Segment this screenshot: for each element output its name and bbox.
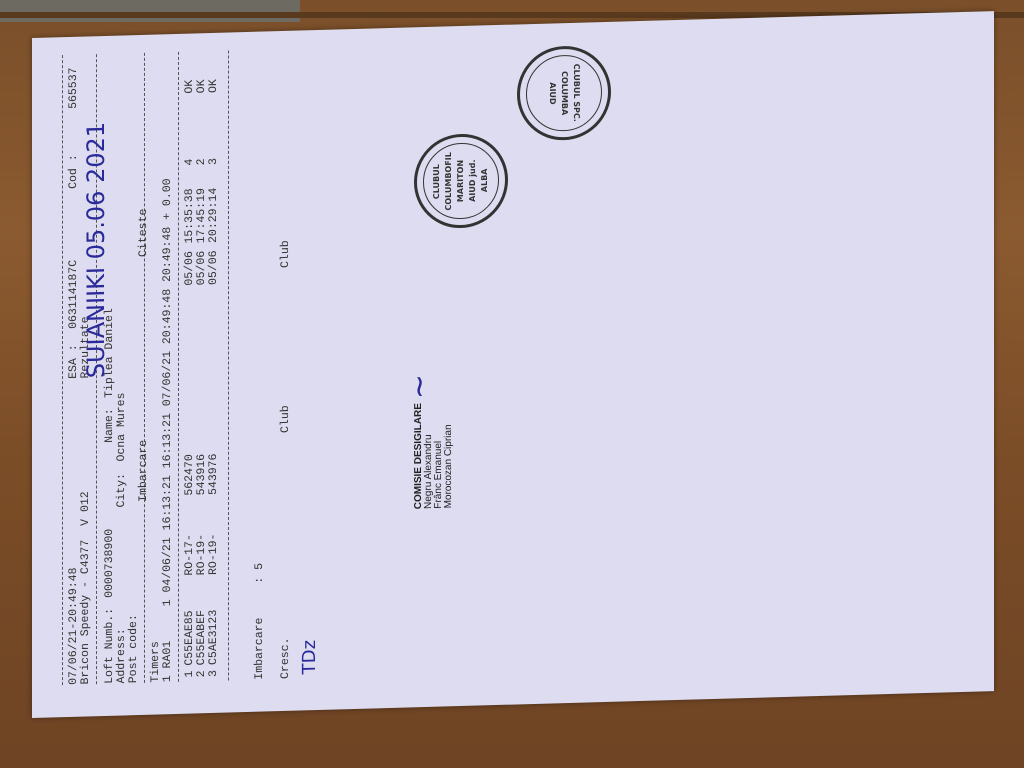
citeste-header: Citeste <box>138 208 150 257</box>
signature: ~ <box>414 374 426 399</box>
club-label: Club <box>280 240 292 268</box>
handwritten-date-note: SUIANIIKI 05.06 2021 <box>90 122 102 379</box>
timer-row: 1 RA01 1 04/06/21 16:13:21 16:13:21 07/0… <box>162 178 174 682</box>
result-number: 543976 <box>208 453 220 495</box>
result-time: 20:29:14 <box>208 188 220 244</box>
divider <box>178 52 179 682</box>
result-no: 3 <box>208 670 220 677</box>
result-country: RO-19- <box>208 533 220 575</box>
divider <box>62 55 63 685</box>
divider <box>144 53 145 683</box>
postcode-label: Post code: <box>128 614 140 683</box>
cod-label: Cod : <box>68 154 80 189</box>
background-gravel <box>0 0 300 22</box>
city-label: City: <box>116 473 128 508</box>
device-info: Bricon Speedy - C4377 V 012 <box>80 491 92 685</box>
sheet-content: 07/06/21-20:49:48 ESA : 063114187C Cod :… <box>42 23 982 709</box>
result-ring: C5AE3123 <box>208 610 220 666</box>
club-stamp-mariton: CLUBUL COLUMBOFIL MARITON AIUD jud. ALBA <box>414 133 508 230</box>
result-date: 05/06 <box>208 250 220 285</box>
results-sheet: 07/06/21-20:49:48 ESA : 063114187C Cod :… <box>32 11 994 718</box>
handwritten-initials: TDz <box>304 640 316 675</box>
city-value: Ocna Mures <box>116 392 128 461</box>
result-status: OK <box>208 79 220 93</box>
imbarcare-total-label: Imbarcare <box>254 617 266 679</box>
club-label: Club <box>280 405 292 433</box>
imbarcare-header: Imbarcare <box>138 440 150 502</box>
divider <box>228 50 229 680</box>
club-stamp-columba: CLUBUL SPC. COLUMBA AIUD <box>517 45 611 142</box>
commission-member: Morocozan Ciprian <box>444 424 454 508</box>
imbarcare-total-value: : 5 <box>254 563 266 584</box>
loft-value: 0000738900 <box>104 529 116 598</box>
result-pos: 3 <box>208 158 220 165</box>
cod-value: 565537 <box>68 67 80 109</box>
cresc-label: Cresc. <box>280 637 292 679</box>
